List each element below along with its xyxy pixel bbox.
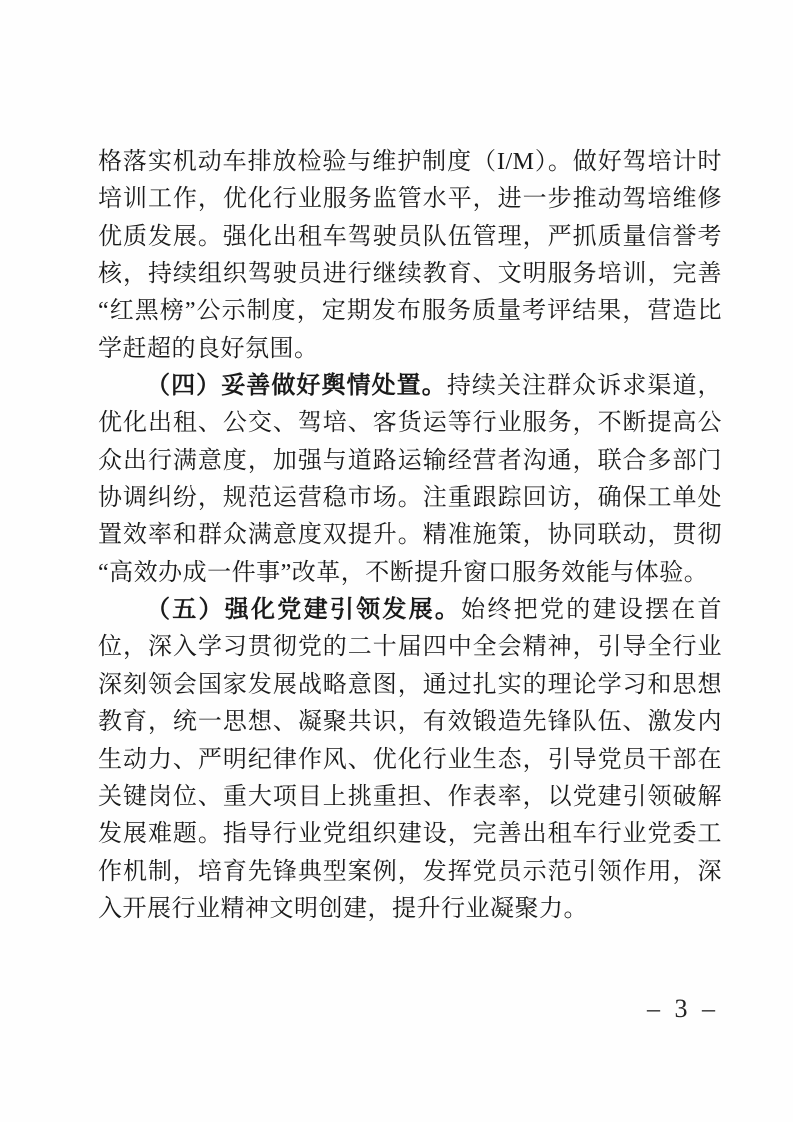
paragraph-heading: （四）妥善做好舆情处置。 (146, 373, 447, 399)
paragraph-body: 持续关注群众诉求渠道，优化出租、公交、驾培、客货运等行业服务，不断提高公众出行满… (98, 373, 722, 586)
document-page: 格落实机动车排放检验与维护制度（I/M）。做好驾培计时培训工作，优化行业服务监管… (0, 0, 793, 1122)
paragraph-body: 始终把党的建设摆在首位，深入学习贯彻党的二十届四中全会精神，引导全行业深刻领会国… (98, 597, 722, 922)
paragraph-section-5: （五）强化党建引领发展。始终把党的建设摆在首位，深入学习贯彻党的二十届四中全会精… (98, 592, 722, 928)
paragraph-heading: （五）强化党建引领发展。 (146, 597, 461, 623)
paragraph-continuation: 格落实机动车排放检验与维护制度（I/M）。做好驾培计时培训工作，优化行业服务监管… (98, 144, 722, 368)
document-text: 格落实机动车排放检验与维护制度（I/M）。做好驾培计时培训工作，优化行业服务监管… (98, 144, 722, 928)
page-number: – 3 – (647, 996, 719, 1022)
paragraph-body: 格落实机动车排放检验与维护制度（I/M）。做好驾培计时培训工作，优化行业服务监管… (98, 149, 722, 362)
paragraph-section-4: （四）妥善做好舆情处置。持续关注群众诉求渠道，优化出租、公交、驾培、客货运等行业… (98, 368, 722, 592)
